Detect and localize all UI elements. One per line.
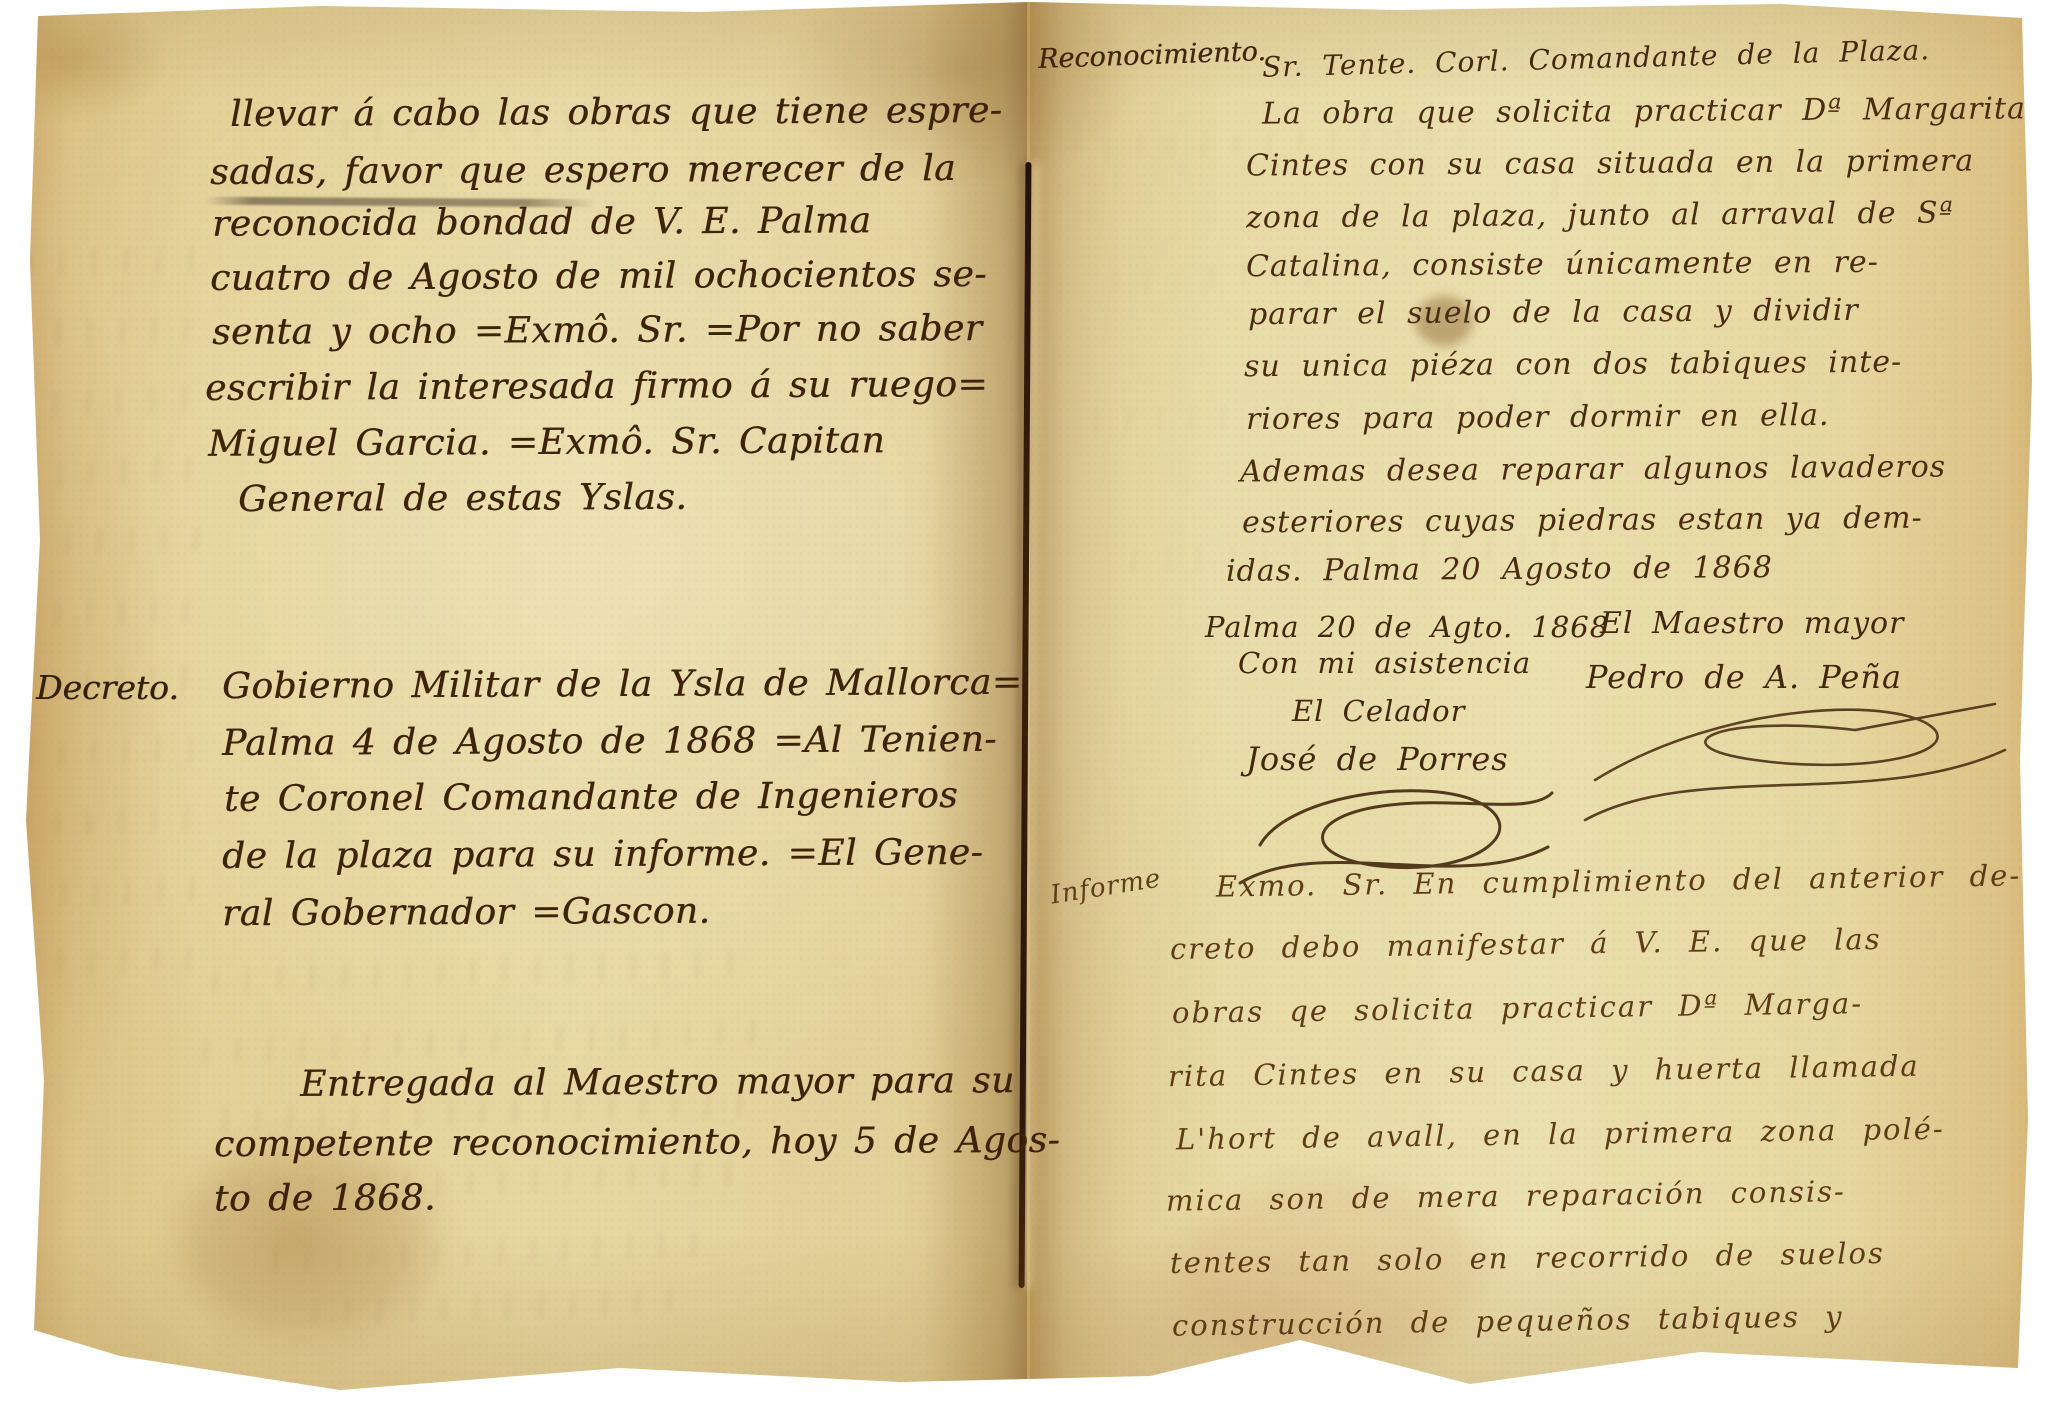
bleedthrough-mark xyxy=(20,527,207,557)
binding-crease xyxy=(1019,162,1032,1288)
manuscript-line: llevar á cabo las obras que tiene espre- xyxy=(230,90,1003,135)
signature-name: Pedro de A. Peña xyxy=(1586,658,1902,696)
manuscript-line: Gobierno Militar de la Ysla de Mallorca= xyxy=(222,662,1023,707)
bleedthrough-mark xyxy=(210,1091,751,1134)
signature-line: El Maestro mayor xyxy=(1600,606,1904,641)
manuscript-line: Exmo. Sr. En cumplimiento del anterior d… xyxy=(1216,858,2022,903)
manuscript-line: su unica piéza con dos tabiques inte- xyxy=(1244,345,1902,385)
bleedthrough-mark xyxy=(1060,123,1481,162)
margin-note-decreto: Decreto. xyxy=(36,668,179,707)
manuscript-line: Entregada al Maestro mayor para su xyxy=(300,1060,1015,1105)
manuscript-line: tentes tan solo en recorrido de suelos xyxy=(1170,1236,1885,1280)
paper-stain xyxy=(175,1140,435,1340)
manuscript-line: General de estas Yslas. xyxy=(238,477,687,520)
manuscript-line: competente reconocimiento, hoy 5 de Agos… xyxy=(214,1120,1060,1165)
manuscript-line: cuatro de Agosto de mil ochocientos se- xyxy=(210,254,987,299)
paper-sheet: llevar á cabo las obras que tiene espre-… xyxy=(0,0,2048,1403)
signature-rubric-flourish xyxy=(1230,775,1560,909)
bleedthrough-mark xyxy=(1540,163,1941,201)
bleedthrough-mark xyxy=(1120,532,1601,573)
signature-line: Palma 20 de Agto. 1868 xyxy=(1205,610,1609,644)
signature-name: José de Porres xyxy=(1246,740,1509,778)
signature-rubric-flourish xyxy=(1575,690,2015,834)
bleedthrough-mark xyxy=(200,950,760,994)
manuscript-line: idas. Palma 20 Agosto de 1868 xyxy=(1226,550,1773,589)
manuscript-line: parar el suelo de la casa y dividir xyxy=(1248,293,1859,332)
manuscript-line: sadas, favor que espero merecer de la xyxy=(210,148,956,193)
pencil-strikethrough xyxy=(205,197,597,208)
bleedthrough-mark xyxy=(260,1232,721,1272)
bleedthrough-mark xyxy=(1080,390,1640,434)
manuscript-line: reconocida bondad de V. E. Palma xyxy=(212,200,872,244)
manuscript-line: Ademas desea reparar algunos lavaderos xyxy=(1240,450,1946,490)
gutter-shadow xyxy=(925,0,1027,1403)
manuscript-line: de la plaza para su informe. =El Gene- xyxy=(222,832,983,877)
bleedthrough-mark xyxy=(300,1288,681,1325)
ink-blot xyxy=(1415,296,1473,346)
manuscript-line: zona de la plaza, junto al arraval de Sª xyxy=(1246,196,1954,236)
bleedthrough-mark xyxy=(10,597,211,628)
manuscript-line: te Coronel Comandante de Ingenieros xyxy=(224,775,958,820)
bleedthrough-mark xyxy=(15,247,206,278)
margin-note-reconocimiento: Reconocimiento. xyxy=(1038,36,1267,75)
manuscript-line: Palma 4 de Agosto de 1868 =Al Tenien- xyxy=(222,719,997,764)
manuscript-line: Catalina, consiste únicamente en re- xyxy=(1246,245,1879,284)
bleedthrough-mark xyxy=(14,737,211,768)
manuscript-line: Cintes con su casa situada en la primera xyxy=(1246,143,1974,183)
manuscript-line: L'hort de avall, en la primera zona polé… xyxy=(1176,1112,1945,1157)
manuscript-line: obras qe solicita practicar Dª Marga- xyxy=(1172,986,1863,1030)
bleedthrough-mark xyxy=(12,947,209,978)
signature-line: Con mi asistencia xyxy=(1238,646,1531,680)
bleedthrough-mark xyxy=(16,877,207,908)
bleedthrough-mark xyxy=(10,317,211,348)
bleedthrough-mark xyxy=(8,387,205,418)
manuscript-line: creto debo manifestar á V. E. que las xyxy=(1170,922,1882,966)
manuscript-line: escribir la interesada firmo á su ruego= xyxy=(205,364,988,409)
manuscript-line: ral Gobernador =Gascon. xyxy=(222,891,711,935)
bleedthrough-mark xyxy=(12,457,203,488)
gutter-shadow xyxy=(1030,0,1125,1403)
paper-stain xyxy=(1180,1180,1480,1370)
manuscript-line: La obra que solicita practicar Dª Margar… xyxy=(1262,91,2026,131)
bleedthrough-mark xyxy=(330,106,661,142)
manuscript-line: Sr. Tente. Corl. Comandante de la Plaza. xyxy=(1262,33,1931,83)
bleedthrough-mark xyxy=(230,1161,731,1202)
bleedthrough-mark xyxy=(1100,251,1621,293)
bleedthrough-mark xyxy=(10,807,211,838)
manuscript-scan: llevar á cabo las obras que tiene espre-… xyxy=(0,0,2048,1403)
manuscript-line: riores para poder dormir en ella. xyxy=(1246,398,1830,437)
manuscript-line: mica son de mera reparación consis- xyxy=(1166,1174,1846,1217)
margin-note-informe: Informe xyxy=(1048,863,1163,910)
manuscript-line: to de 1868. xyxy=(214,1177,436,1219)
bleedthrough-mark xyxy=(190,1020,770,1064)
manuscript-line: construcción de pequeños tabiques y xyxy=(1172,1299,1844,1342)
bleedthrough-mark xyxy=(8,666,214,697)
manuscript-line: rita Cintes en su casa y huerta llamada xyxy=(1168,1049,1920,1093)
manuscript-line: Miguel Garcia. =Exmô. Sr. Capitan xyxy=(208,420,885,465)
manuscript-line: senta y ocho =Exmô. Sr. =Por no saber xyxy=(212,308,983,353)
signature-line: El Celador xyxy=(1292,694,1465,728)
manuscript-line: esteriores cuyas piedras estan ya dem- xyxy=(1242,501,1923,541)
